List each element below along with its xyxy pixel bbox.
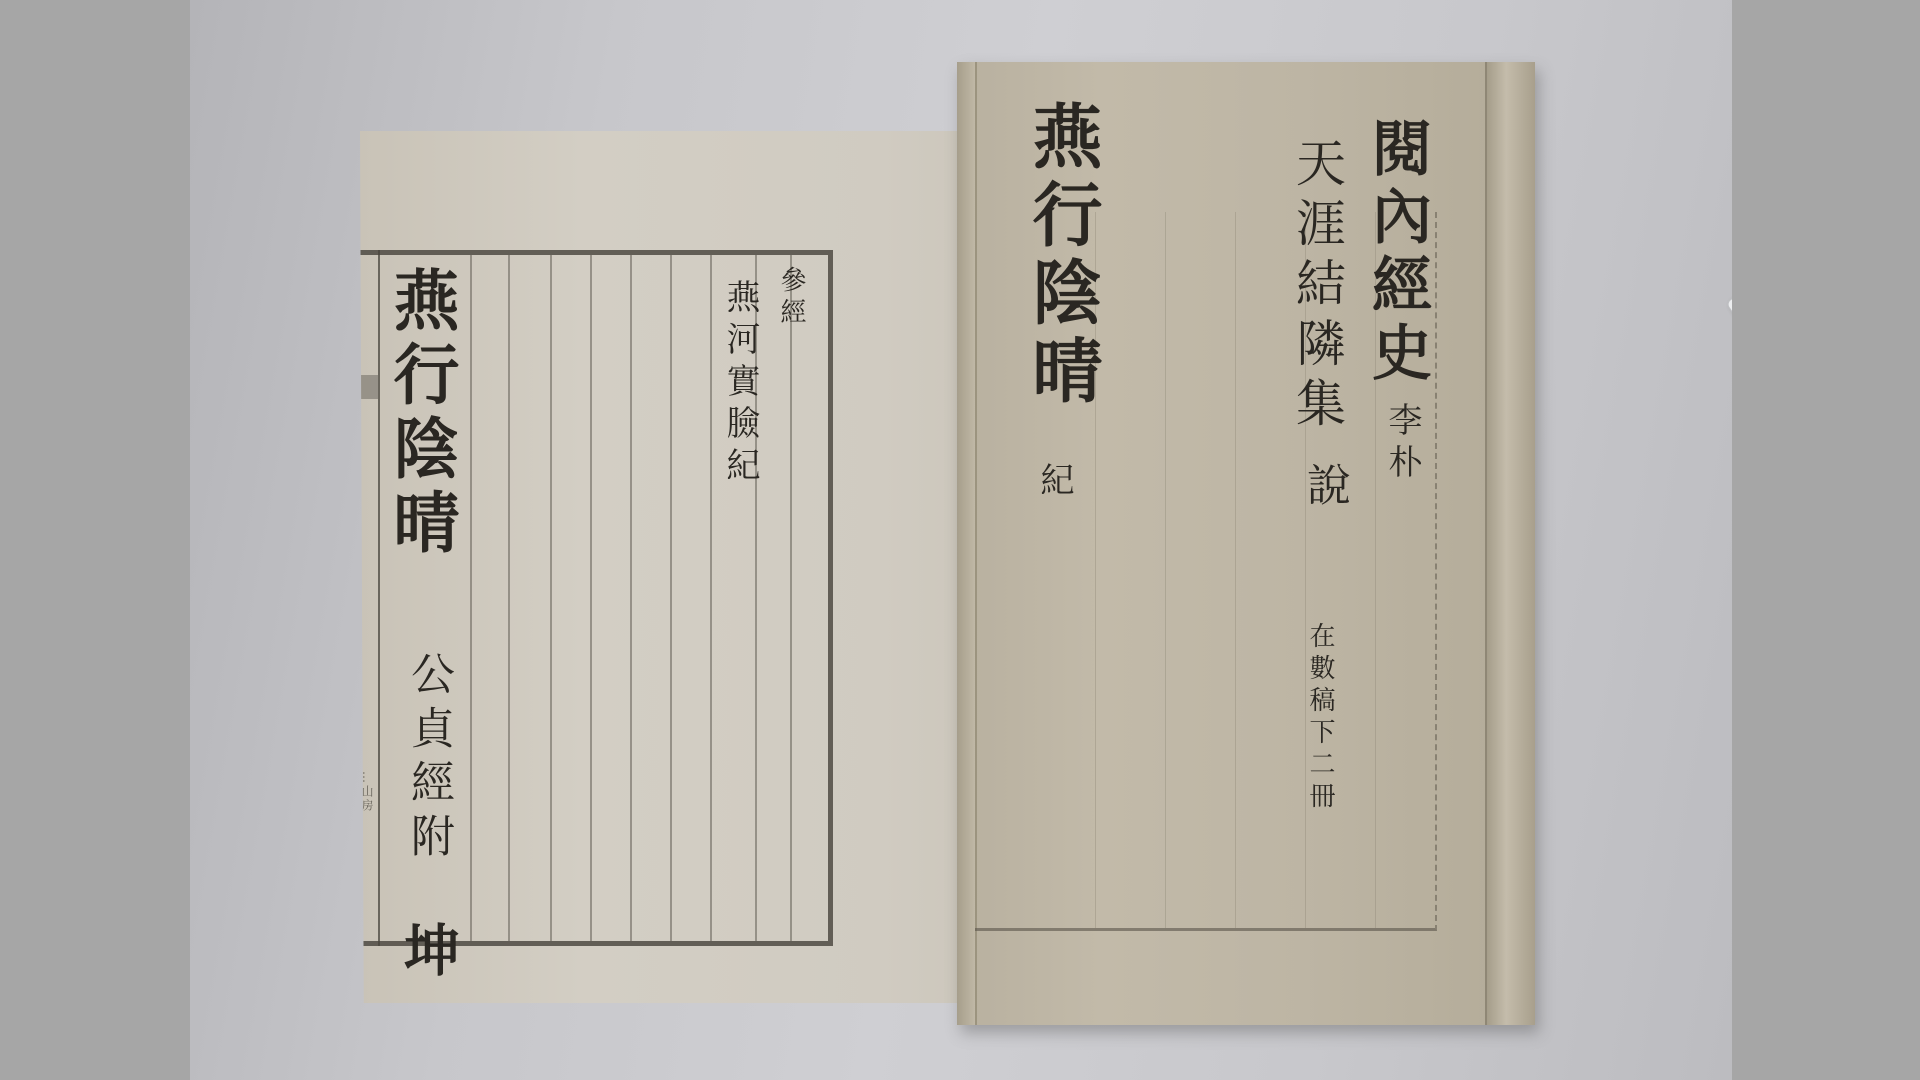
photo: …山房 燕行陰晴 公貞經附 坤 參經 燕河實臉紀 [190, 0, 1732, 1080]
left-book-bottom-character: 坤 [400, 921, 456, 985]
left-book-side-column: 燕河實臉紀 [723, 279, 757, 489]
left-book-side-note: 參經 [778, 266, 804, 330]
right-book-column-2: 天涯結隣集 [1292, 137, 1342, 437]
right-book-column-1-suffix: 李朴 [1385, 402, 1419, 486]
right-book-column-3: 在數稿下二冊 [1307, 622, 1333, 814]
left-book-title: 燕行陰晴 [388, 266, 454, 562]
letterbox-right [1732, 0, 1920, 1080]
left-book-title-annotation: 公貞經附 [406, 651, 450, 867]
right-book-column-1: 閱內經史 [1367, 117, 1427, 389]
right-book-title-suffix: 紀 [1037, 462, 1071, 504]
right-book-title: 燕行陰晴 [1027, 100, 1097, 412]
right-book-left-edge [957, 62, 977, 1025]
catalog-tag: ㅡ25.12 [1725, 260, 1732, 336]
letterbox-left [0, 0, 190, 1080]
right-book-spine [1485, 62, 1535, 1025]
right-book-column-2-suffix: 說 [1302, 462, 1346, 516]
right-book: 燕行陰晴 紀 閱內經史 李朴 天涯結隣集 說 在數稿下二冊 [957, 62, 1535, 1025]
